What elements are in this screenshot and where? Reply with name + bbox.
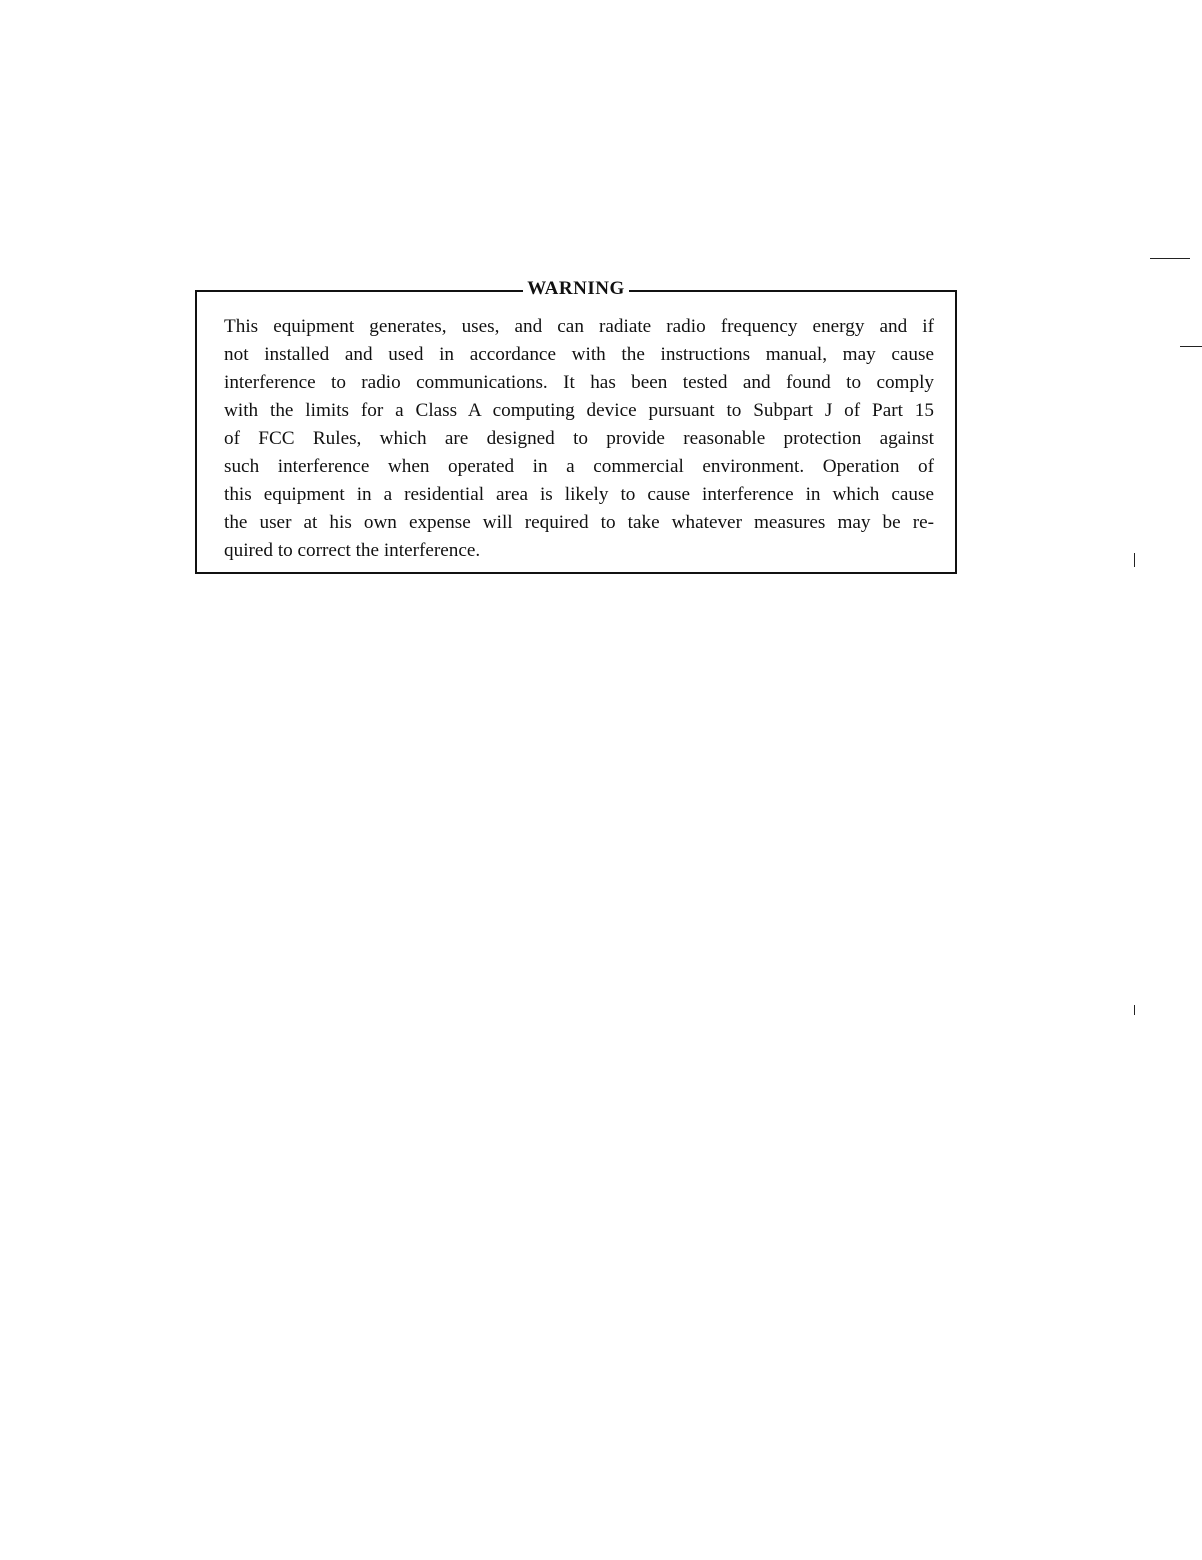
warning-title: WARNING [197,278,955,300]
warning-line: quired to correct the interference. [224,537,934,565]
scan-artifact [1150,258,1190,259]
warning-line: This equipment generates, uses, and can … [224,313,934,341]
warning-line: interference to radio communications. It… [224,369,934,397]
warning-body: This equipment generates, uses, and can … [224,313,934,565]
warning-line: not installed and used in accordance wit… [224,341,934,369]
warning-line: this equipment in a residential area is … [224,481,934,509]
scan-artifact [1134,1005,1135,1015]
scan-artifact [1180,346,1202,347]
warning-line: such interference when operated in a com… [224,453,934,481]
warning-line: the user at his own expense will require… [224,509,934,537]
warning-line: of FCC Rules, which are designed to prov… [224,425,934,453]
warning-box: WARNING This equipment generates, uses, … [195,290,957,574]
warning-title-text: WARNING [523,278,628,299]
warning-line: with the limits for a Class A computing … [224,397,934,425]
scan-artifact [1134,553,1135,567]
